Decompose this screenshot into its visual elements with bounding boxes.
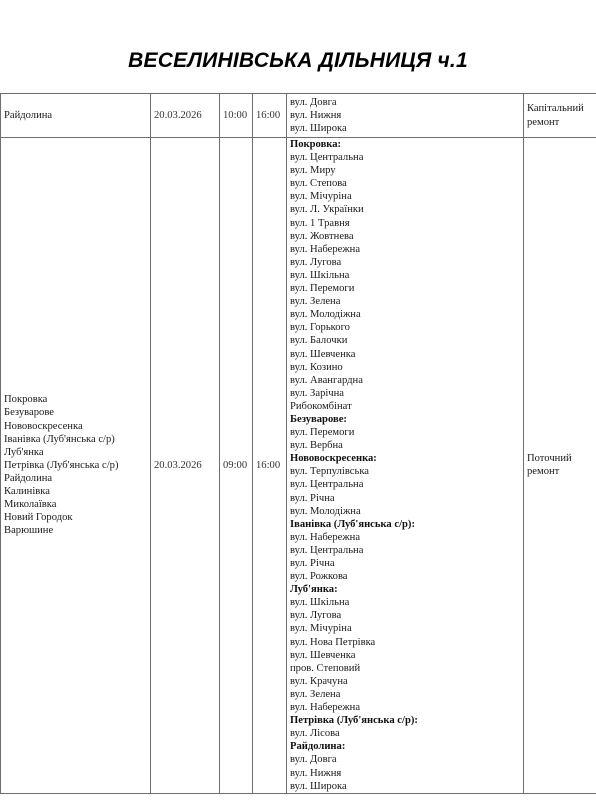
- work-type-cell: Капітальний ремонт: [524, 94, 596, 138]
- street-name: вул. Мічуріна: [290, 622, 520, 635]
- settlements-list: ПокровкаБезуваровеНововоскресенкаІванівк…: [4, 393, 147, 537]
- work-type-label: Капітальний ремонт: [527, 103, 584, 127]
- street-name: вул. Центральна: [290, 478, 520, 491]
- end-time-cell: 16:00: [253, 94, 287, 138]
- settlement-heading: Покровка:: [290, 138, 520, 151]
- street-name: вул. Зелена: [290, 295, 520, 308]
- street-name: вул. Молодіжна: [290, 505, 520, 518]
- street-name: вул. Перемоги: [290, 426, 520, 439]
- settlement-heading: Безуварове:: [290, 413, 520, 426]
- street-name: вул. Набережна: [290, 701, 520, 714]
- streets-list: Покровка:вул. Центральнавул. Мирувул. Ст…: [290, 138, 520, 793]
- table-row: ПокровкаБезуваровеНововоскресенкаІванівк…: [1, 138, 596, 794]
- settlement-name: Безуварове: [4, 406, 147, 419]
- date-cell: 20.03.2026: [151, 138, 220, 794]
- street-name: вул. Набережна: [290, 531, 520, 544]
- start-time-cell: 09:00: [220, 138, 253, 794]
- date-cell: 20.03.2026: [151, 94, 220, 138]
- street-name: вул. Л. Українки: [290, 203, 520, 216]
- settlement-name: Миколаївка: [4, 498, 147, 511]
- settlement-name: Іванівка (Луб'янська с/р): [4, 433, 147, 446]
- street-name: вул. Авангардна: [290, 374, 520, 387]
- settlements-list: Райдолина: [4, 109, 147, 122]
- street-name: вул. Зарічна: [290, 387, 520, 400]
- settlement-heading: Луб'янка:: [290, 583, 520, 596]
- street-name: вул. Набережна: [290, 243, 520, 256]
- settlement-name: Новий Городок: [4, 511, 147, 524]
- settlement-name: Калинівка: [4, 485, 147, 498]
- street-name: вул. Довга: [290, 753, 520, 766]
- settlement-name: Варюшине: [4, 524, 147, 537]
- street-name: вул. 1 Травня: [290, 217, 520, 230]
- work-type-label: Поточний ремонт: [527, 453, 572, 477]
- street-name: вул. Шкільна: [290, 269, 520, 282]
- street-name: вул. Терпулівська: [290, 465, 520, 478]
- end-time-cell: 16:00: [253, 138, 287, 794]
- streets-cell: вул. Довгавул. Нижнявул. Широка: [287, 94, 524, 138]
- street-name: вул. Молодіжна: [290, 308, 520, 321]
- street-name: вул. Шевченка: [290, 348, 520, 361]
- street-name: вул. Зелена: [290, 688, 520, 701]
- settlement-name: Райдолина: [4, 472, 147, 485]
- street-name: вул. Лугова: [290, 609, 520, 622]
- street-name: вул. Центральна: [290, 544, 520, 557]
- street-name: вул. Річна: [290, 492, 520, 505]
- settlement-name: Райдолина: [4, 109, 147, 122]
- street-name: пров. Степовий: [290, 662, 520, 675]
- schedule-body: Райдолина 20.03.2026 10:00 16:00 вул. До…: [1, 94, 596, 794]
- street-name: вул. Річна: [290, 557, 520, 570]
- street-name: Рибокомбінат: [290, 400, 520, 413]
- streets-list: вул. Довгавул. Нижнявул. Широка: [290, 96, 520, 135]
- street-name: вул. Горького: [290, 321, 520, 334]
- settlement-name: Нововоскресенка: [4, 420, 147, 433]
- street-name: вул. Козино: [290, 361, 520, 374]
- document-title: ВЕСЕЛИНІВСЬКА ДІЛЬНИЦЯ ч.1: [0, 49, 596, 73]
- street-name: вул. Жовтнева: [290, 230, 520, 243]
- settlement-heading: Райдолина:: [290, 740, 520, 753]
- street-name: вул. Степова: [290, 177, 520, 190]
- settlement-heading: Петрівка (Луб'янська с/р):: [290, 714, 520, 727]
- settlement-name: Покровка: [4, 393, 147, 406]
- settlements-cell: ПокровкаБезуваровеНововоскресенкаІванівк…: [1, 138, 151, 794]
- settlement-name: Луб'янка: [4, 446, 147, 459]
- settlement-heading: Іванівка (Луб'янська с/р):: [290, 518, 520, 531]
- street-name: вул. Шевченка: [290, 649, 520, 662]
- work-type-cell: Поточний ремонт: [524, 138, 596, 794]
- street-name: вул. Широка: [290, 122, 520, 135]
- street-name: вул. Миру: [290, 164, 520, 177]
- streets-cell: Покровка:вул. Центральнавул. Мирувул. Ст…: [287, 138, 524, 794]
- outage-schedule-table: Райдолина 20.03.2026 10:00 16:00 вул. До…: [0, 93, 596, 794]
- street-name: вул. Центральна: [290, 151, 520, 164]
- street-name: вул. Нижня: [290, 767, 520, 780]
- street-name: вул. Лісова: [290, 727, 520, 740]
- street-name: вул. Балочки: [290, 334, 520, 347]
- street-name: вул. Шкільна: [290, 596, 520, 609]
- street-name: вул. Нижня: [290, 109, 520, 122]
- street-name: вул. Перемоги: [290, 282, 520, 295]
- settlement-name: Петрівка (Луб'янська с/р): [4, 459, 147, 472]
- start-time-cell: 10:00: [220, 94, 253, 138]
- street-name: вул. Рожкова: [290, 570, 520, 583]
- street-name: вул. Лугова: [290, 256, 520, 269]
- settlement-heading: Нововоскресенка:: [290, 452, 520, 465]
- street-name: вул. Нова Петрівка: [290, 636, 520, 649]
- street-name: вул. Мічуріна: [290, 190, 520, 203]
- street-name: вул. Вербна: [290, 439, 520, 452]
- settlements-cell: Райдолина: [1, 94, 151, 138]
- table-row: Райдолина 20.03.2026 10:00 16:00 вул. До…: [1, 94, 596, 138]
- street-name: вул. Широка: [290, 780, 520, 793]
- street-name: вул. Крачуна: [290, 675, 520, 688]
- street-name: вул. Довга: [290, 96, 520, 109]
